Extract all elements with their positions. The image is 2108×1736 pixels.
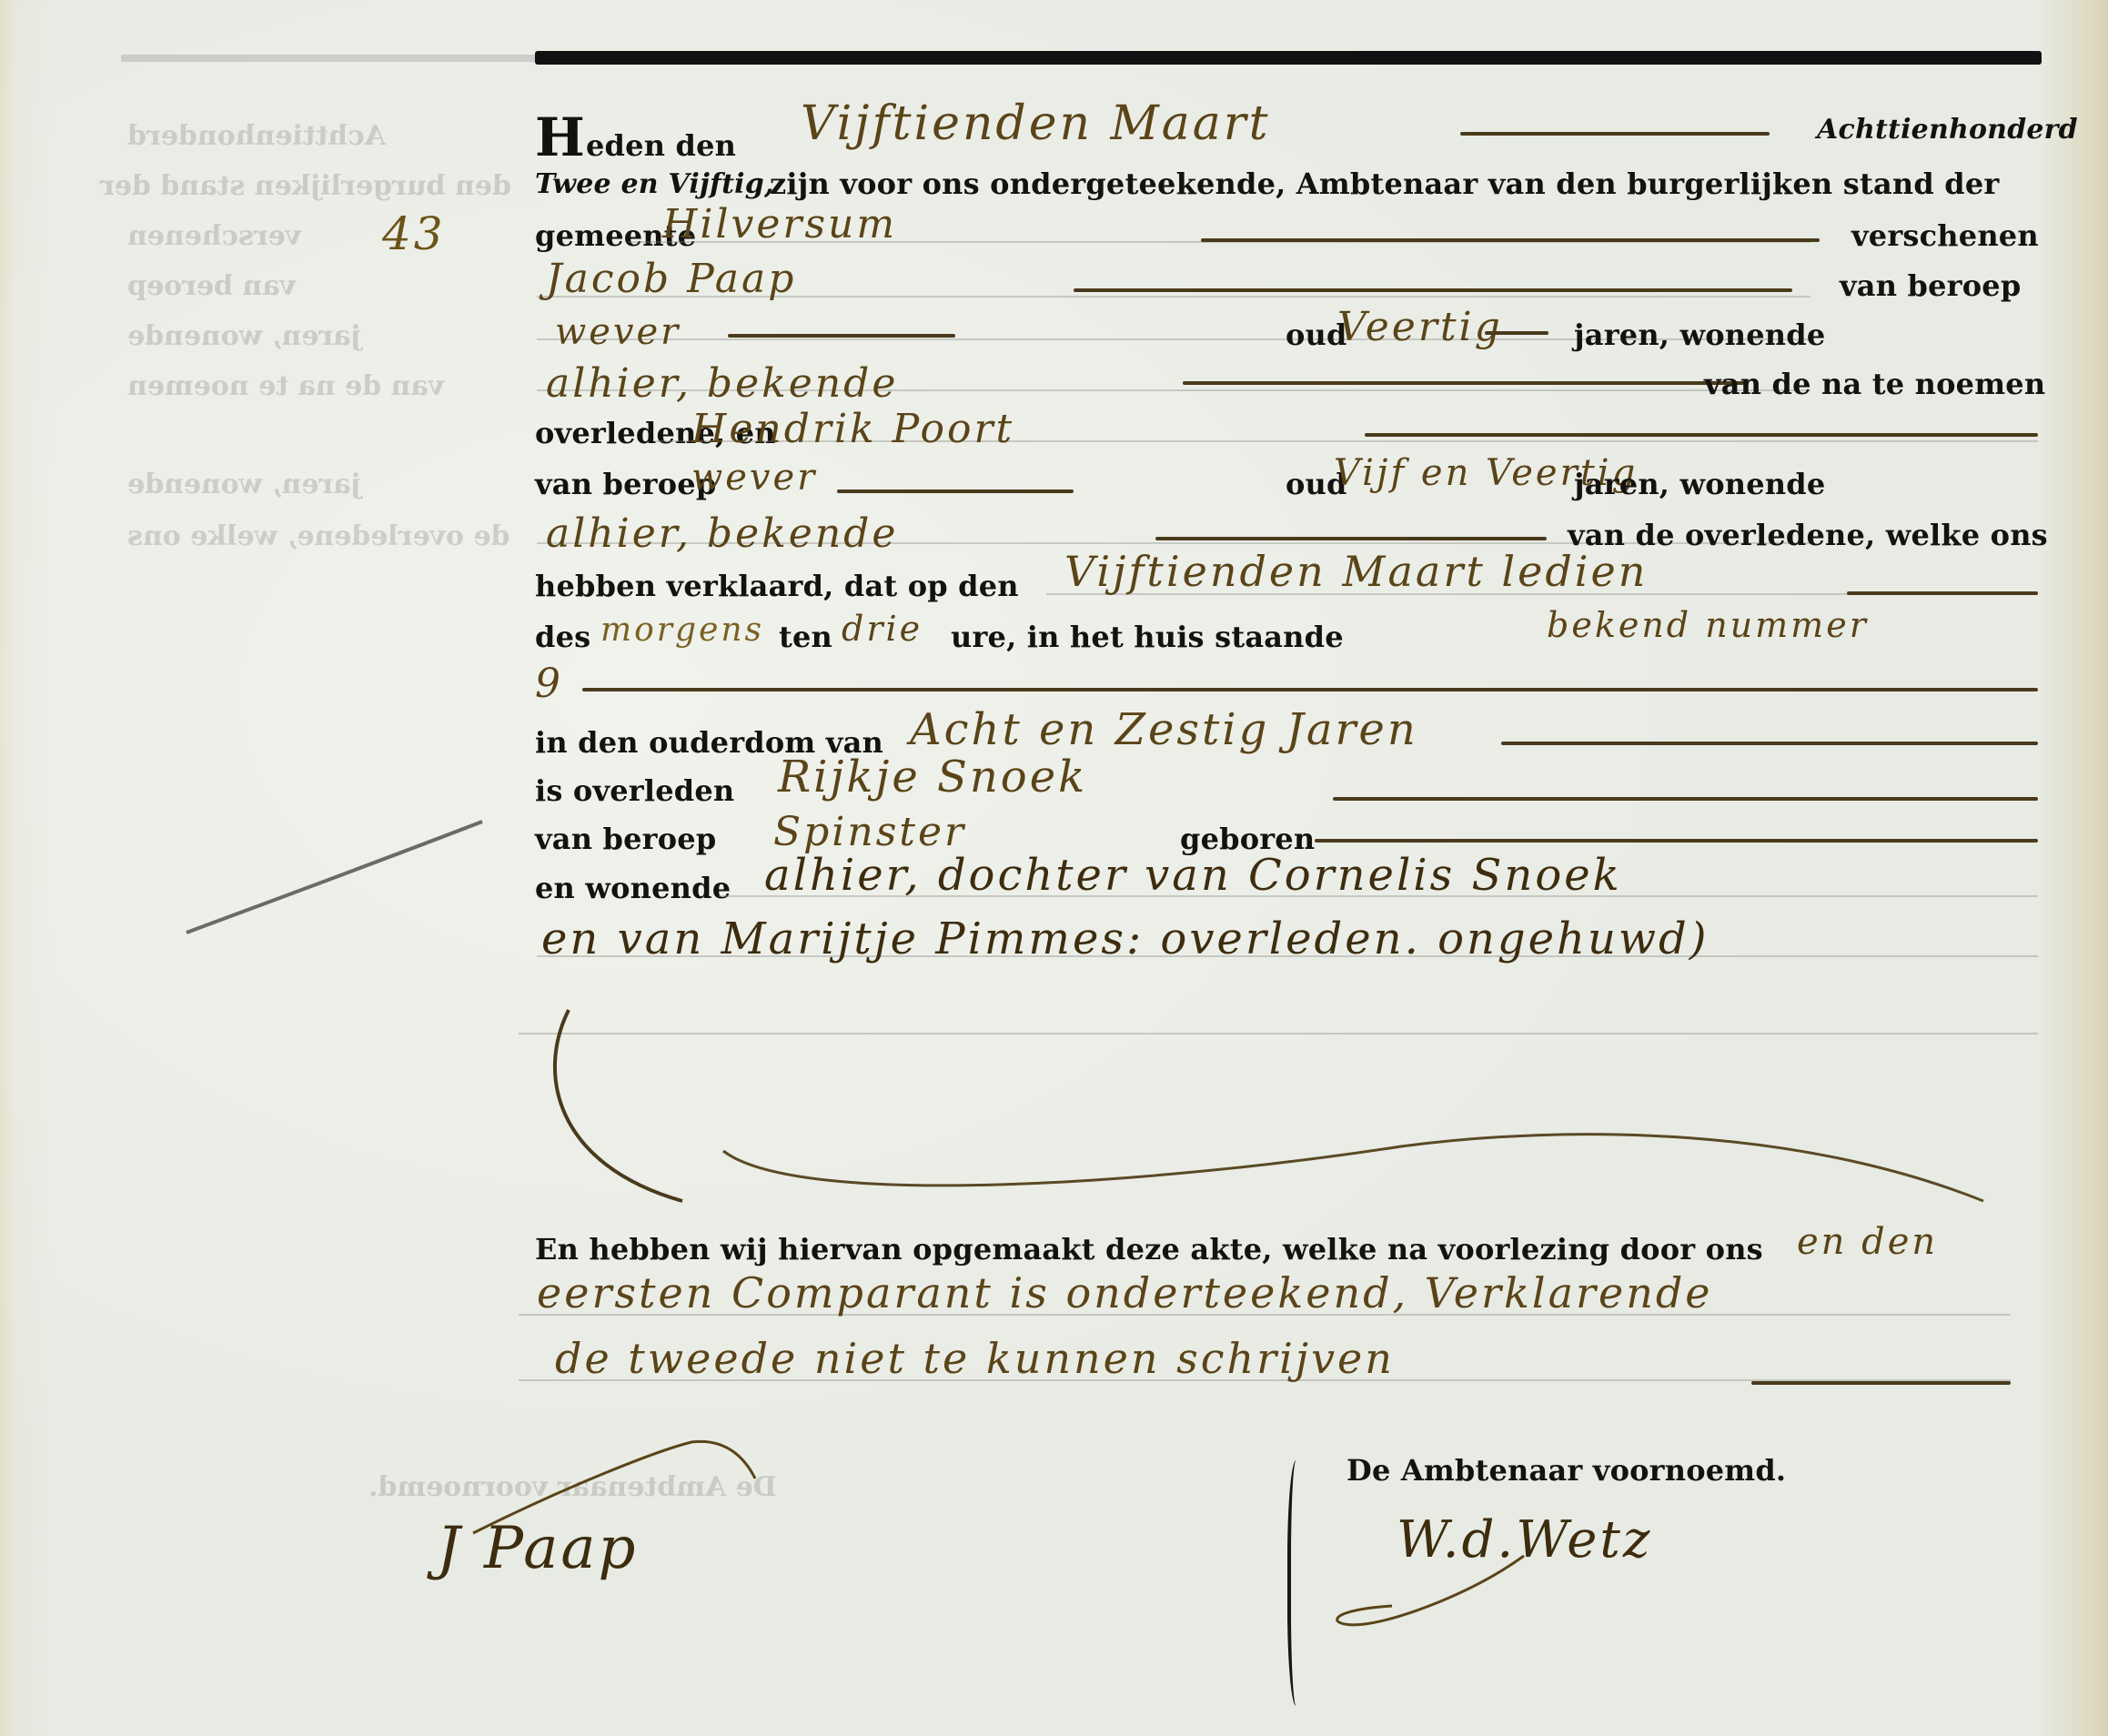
form-text-year-a: Achttienhonderd — [1817, 116, 2078, 144]
entry-closing-b: eersten Comparant is onderteekend, Verkl… — [537, 1272, 1713, 1314]
entry-deceased-age: Acht en Zestig Jaren — [910, 708, 1418, 752]
entry-deceased-occupation: Spinster — [773, 812, 966, 853]
entry-closing-c: de tweede niet te kunnen schrijven — [555, 1337, 1395, 1379]
form-text-van-de-overledene: van de overledene, welke ons — [1568, 520, 2048, 550]
form-text-na-te-noemen: van de na te noemen — [1704, 369, 2045, 399]
fill-rule — [1183, 381, 1747, 385]
show-through-rule — [121, 55, 535, 62]
ghost-text: jaren, wonende — [127, 471, 361, 499]
entry-date: Vijftienden Maart — [801, 100, 1271, 147]
fill-rule — [728, 334, 955, 338]
margin-pencil-mark — [177, 814, 487, 942]
form-text-hebben-verklaard: hebben verklaard, dat op den — [535, 571, 1019, 601]
form-text-year-b: Twee en Vijftig, — [535, 171, 774, 198]
signature-brace — [1287, 1460, 1309, 1706]
entry-hour: drie — [842, 611, 923, 646]
fill-rule — [1074, 288, 1792, 292]
fill-rule — [1315, 839, 2038, 843]
fill-rule — [1847, 591, 2038, 595]
entry-closing-a: en den — [1797, 1224, 1938, 1260]
official-signature-flourish — [1310, 1538, 1565, 1647]
fill-rule — [1333, 797, 2038, 801]
fill-rule — [582, 688, 2038, 691]
form-text-preamble: zijn voor ons ondergeteekende, Ambtenaar… — [770, 169, 1999, 198]
form-text-en-wonende: en wonende — [535, 873, 731, 903]
entry-deceased-residence-parents: alhier, dochter van Cornelis Snoek — [764, 853, 1622, 897]
entry-comparant-2-occupation: wever — [691, 459, 817, 496]
form-text-van-beroep: van beroep — [1840, 271, 2021, 300]
fill-rule — [1155, 537, 1547, 540]
ghost-text: Achttienhonderd — [127, 123, 386, 150]
official-label: De Ambtenaar voornoemd. — [1346, 1456, 1786, 1485]
entry-time-of-day: morgens — [600, 614, 764, 647]
form-text-jaren-wonende-2: jaren, wonende — [1574, 469, 1825, 499]
entry-comparant-2-name: Hendrik Poort — [691, 409, 1014, 449]
fill-rule — [1485, 331, 1548, 335]
act-number: 43 — [382, 211, 446, 257]
form-text-jaren-wonende: jaren, wonende — [1574, 320, 1825, 349]
form-text-heden: Heden den — [535, 111, 736, 164]
form-text-closing: En hebben wij hiervan opgemaakt deze akt… — [535, 1235, 1763, 1264]
entry-house-number: 9 — [535, 664, 563, 704]
entry-comparant-1-age: Veertig — [1337, 308, 1503, 348]
fill-rule — [1460, 132, 1770, 136]
entry-deceased-name: Rijkje Snoek — [778, 755, 1087, 799]
entry-comparant-2-residence: alhier, bekende — [546, 514, 898, 554]
form-text-is-overleden: is overleden — [535, 776, 734, 805]
fill-rule — [1365, 433, 2038, 437]
fill-rule — [1751, 1381, 2011, 1385]
ghost-text: verschenen — [127, 223, 301, 250]
closing-flourish — [528, 983, 2074, 1210]
form-text-des: des — [535, 622, 590, 651]
entry-comparant-1-occupation: wever — [555, 314, 681, 350]
form-text-ure-huis: ure, in het huis staande — [951, 622, 1344, 651]
entry-death-date: Vijftienden Maart ledien — [1064, 550, 1648, 592]
entry-house: bekend nummer — [1547, 608, 1869, 642]
ghost-text: jaren, wonende — [127, 323, 361, 350]
ghost-text: van beroep — [127, 273, 296, 300]
ghost-text: van de na te noemen — [127, 373, 444, 400]
comparant-signature-flourish — [455, 1433, 764, 1542]
form-text-van-beroep-2: van beroep — [535, 469, 716, 499]
form-text-verschenen: verschenen — [1851, 221, 2039, 250]
ghost-text: den burgerlijken stand der — [100, 173, 511, 200]
form-text-van-beroep-3: van beroep — [535, 824, 716, 853]
entry-municipality: Hilversum — [662, 205, 897, 245]
header-rule — [535, 51, 2042, 65]
entry-deceased-mother: en van Marijtje Pimmes: overleden. ongeh… — [541, 917, 1709, 961]
ghost-text: de overledene, welke ons — [127, 523, 510, 550]
fill-rule — [1201, 238, 1820, 242]
form-text-ten: ten — [779, 622, 832, 651]
entry-comparant-1-residence: alhier, bekende — [546, 364, 898, 404]
entry-comparant-1-name: Jacob Paap — [546, 259, 796, 299]
fill-rule — [1501, 742, 2038, 745]
fill-rule — [837, 490, 1074, 493]
